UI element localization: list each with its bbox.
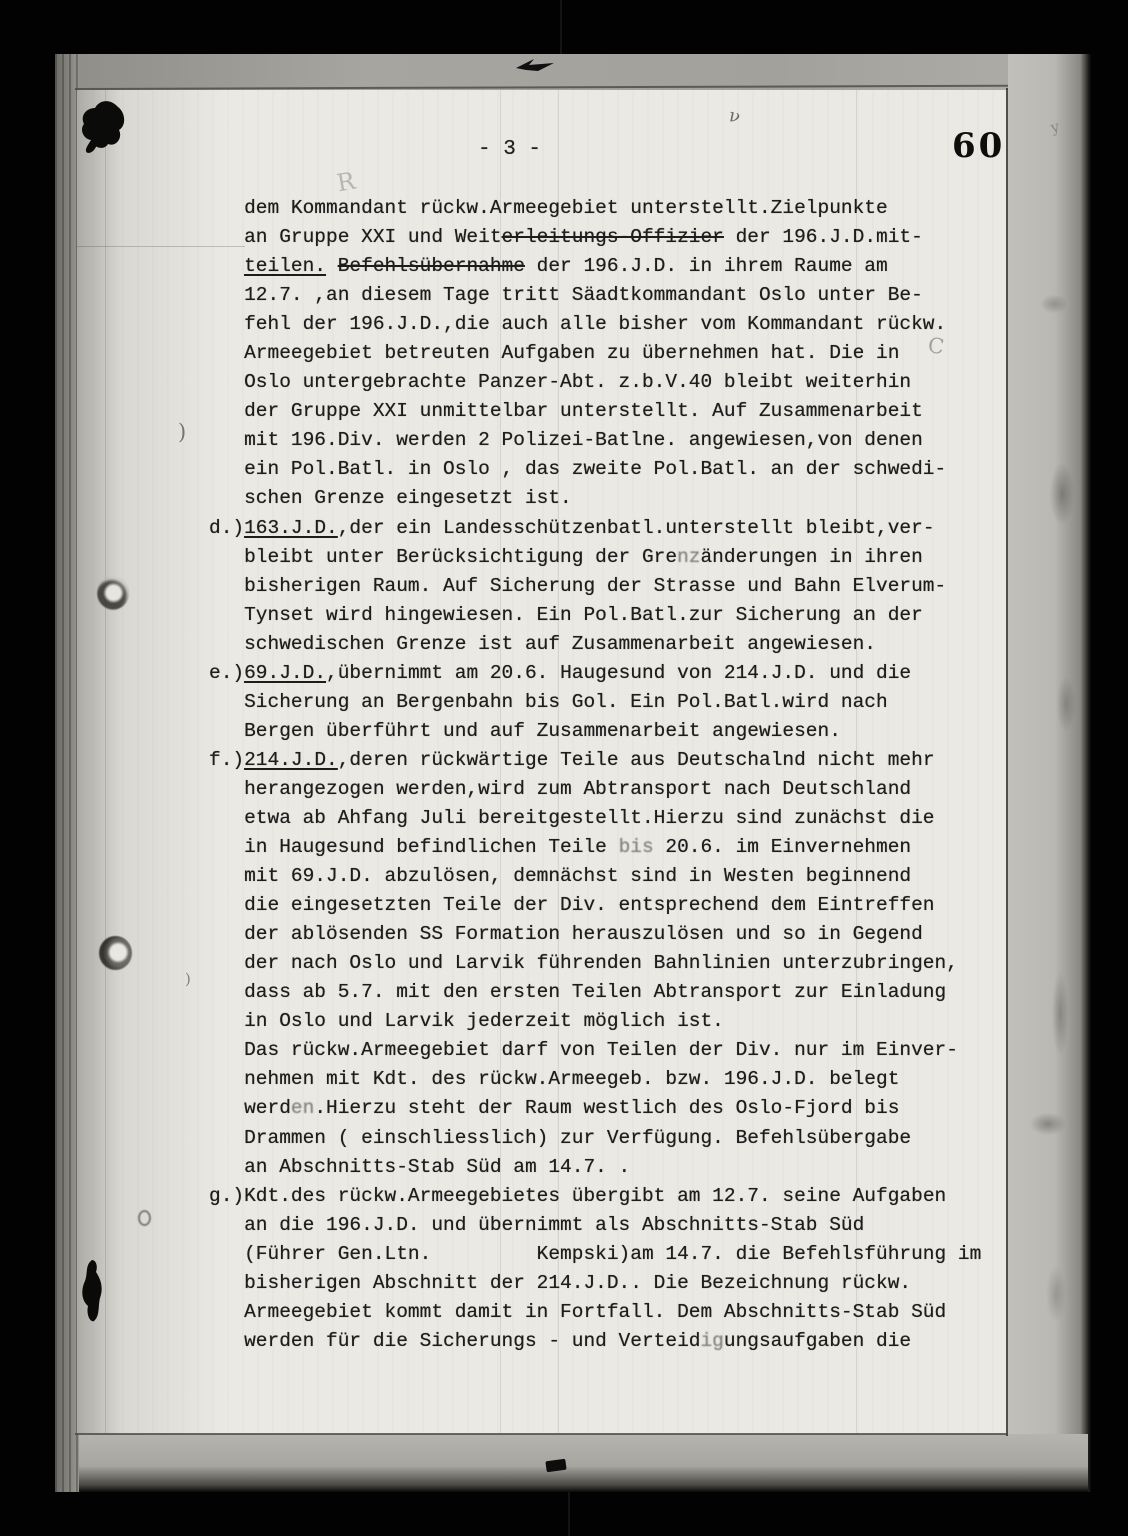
text-segment: Armeegebiet betreuten Aufgaben zu überne… <box>244 342 899 364</box>
text-line: schwedischen Grenze ist auf Zusammenarbe… <box>209 630 981 659</box>
text-line: Das rückw.Armeegebiet darf von Teilen de… <box>209 1036 981 1065</box>
text-segment: werd <box>244 1097 291 1119</box>
text-segment: an die 196.J.D. und übernimmt als Abschn… <box>244 1214 864 1236</box>
text-segment: schen Grenze eingesetzt ist. <box>244 487 572 509</box>
text-segment: bisherigen Abschnitt der 214.J.D.. Die B… <box>244 1272 911 1294</box>
text-line: (Führer Gen.Ltn. Kempski)am 14.7. die Be… <box>209 1240 981 1269</box>
text-line: dem Kommandant rückw.Armeegebiet unterst… <box>209 194 981 223</box>
text-segment: 163.J.D. <box>244 517 338 539</box>
text-line: Bergen überführt und auf Zusammenarbeit … <box>209 717 981 746</box>
page-bottom-edge <box>75 1433 1008 1435</box>
text-segment: Das rückw.Armeegebiet darf von Teilen de… <box>244 1039 958 1061</box>
text-segment: werden für die Sicherungs - und Verteid <box>244 1330 700 1352</box>
text-segment: etwa ab Ahfang Juli bereitgestellt.Hierz… <box>244 807 934 829</box>
text-line: der nach Oslo und Larvik führenden Bahnl… <box>209 949 981 978</box>
text-line: mit 69.J.D. abzulösen, demnächst sind in… <box>209 862 981 891</box>
text-segment: Armeegebiet kommt damit in Fortfall. Dem… <box>244 1301 946 1323</box>
backing-paper-bottom <box>55 1434 1088 1492</box>
text-line: teilen. Befehlsübernahme der 196.J.D. in… <box>209 252 981 281</box>
text-segment: ein Pol.Batl. in Oslo , das zweite Pol.B… <box>244 458 946 480</box>
folio-number: 60 <box>952 126 1005 166</box>
text-segment: herangezogen werden,wird zum Abtransport… <box>244 778 911 800</box>
text-segment: in Oslo und Larvik jederzeit möglich ist… <box>244 1010 724 1032</box>
text-line: an die 196.J.D. und übernimmt als Abschn… <box>209 1211 981 1240</box>
text-segment: en <box>291 1097 314 1119</box>
text-segment: der ablösenden SS Formation herauszulöse… <box>244 923 923 945</box>
text-segment: an Abschnitts-Stab Süd am 14.7. . <box>244 1156 630 1178</box>
text-line: Sicherung an Bergenbahn bis Gol. Ein Pol… <box>209 688 981 717</box>
text-line: nehmen mit Kdt. des rückw.Armeegeb. bzw.… <box>209 1065 981 1094</box>
text-segment: ,übernimmt am 20.6. Haugesund von 214.J.… <box>326 662 911 684</box>
paren-annotation: ) <box>185 972 191 987</box>
paren-annotation: ) <box>178 422 186 443</box>
text-segment: Sicherung an Bergenbahn bis Gol. Ein Pol… <box>244 691 888 713</box>
text-segment: der 196.J.D.mit- <box>724 226 923 248</box>
text-segment: bleibt unter Berücksichtigung der Gre <box>244 546 677 568</box>
text-segment: schwedischen Grenze ist auf Zusammenarbe… <box>244 633 876 655</box>
text-line: bleibt unter Berücksichtigung der Grenzä… <box>209 543 981 572</box>
text-segment: an Gruppe XXI und Weit <box>244 226 501 248</box>
text-line: an Gruppe XXI und Weiterleitungs-Offizie… <box>209 223 981 252</box>
punch-hole-icon <box>97 577 129 610</box>
text-segment: bisherigen Raum. Auf Sicherung der Stras… <box>244 575 946 597</box>
item-label: g.) <box>209 1185 244 1207</box>
text-segment: mit 69.J.D. abzulösen, demnächst sind in… <box>244 865 911 887</box>
text-segment: in Haugesund befindlichen Teile <box>244 836 618 858</box>
item-label: d.) <box>209 517 244 539</box>
text-segment: nz <box>677 546 700 568</box>
text-line: der Gruppe XXI unmittelbar unterstellt. … <box>209 397 981 426</box>
text-segment: ungsaufgaben die <box>724 1330 911 1352</box>
text-segment: 20.6. im Einvernehmen <box>654 836 911 858</box>
text-line: der ablösenden SS Formation herauszulöse… <box>209 920 981 949</box>
text-segment: nehmen mit Kdt. des rückw.Armeegeb. bzw.… <box>244 1068 899 1090</box>
text-segment: 69.J.D. <box>244 662 326 684</box>
text-segment: Kdt.des rückw.Armeegebietes übergibt am … <box>244 1185 946 1207</box>
text-line: werden.Hierzu steht der Raum westlich de… <box>209 1094 981 1123</box>
text-segment: Oslo untergebrachte Panzer-Abt. z.b.V.40… <box>244 371 911 393</box>
paper-speck <box>138 1210 151 1226</box>
text-line: an Abschnitts-Stab Süd am 14.7. . <box>209 1153 981 1182</box>
text-block: dem Kommandant rückw.Armeegebiet unterst… <box>209 194 981 1356</box>
page-right-edge <box>1006 88 1008 1436</box>
text-segment <box>326 255 338 277</box>
text-line: d.)163.J.D.,der ein Landesschützenbatl.u… <box>209 514 981 543</box>
text-segment: teilen. <box>244 255 326 277</box>
text-line: 12.7. ,an diesem Tage tritt Säadtkommand… <box>209 281 981 310</box>
text-line: bisherigen Raum. Auf Sicherung der Stras… <box>209 572 981 601</box>
text-segment: Tynset wird hingewiesen. Ein Pol.Batl.zu… <box>244 604 923 626</box>
text-segment: ig <box>700 1330 723 1352</box>
text-segment: bis <box>619 836 654 858</box>
text-segment: .Hierzu steht der Raum westlich des Oslo… <box>314 1097 899 1119</box>
ink-blot-top <box>78 95 132 155</box>
text-segment: erleitungs-Offizier <box>502 226 724 248</box>
film-scratch <box>560 0 562 55</box>
text-line: dass ab 5.7. mit den ersten Teilen Abtra… <box>209 978 981 1007</box>
text-segment: änderungen in ihren <box>700 546 922 568</box>
text-line: in Oslo und Larvik jederzeit möglich ist… <box>209 1007 981 1036</box>
text-line: herangezogen werden,wird zum Abtransport… <box>209 775 981 804</box>
text-segment: der 196.J.D. in ihrem Raume am <box>525 255 888 277</box>
text-line: e.)69.J.D.,übernimmt am 20.6. Haugesund … <box>209 659 981 688</box>
item-label: f.) <box>209 749 244 771</box>
text-segment: fehl der 196.J.D.,die auch alle bisher v… <box>244 313 946 335</box>
text-line: Tynset wird hingewiesen. Ein Pol.Batl.zu… <box>209 601 981 630</box>
backing-paper-left <box>55 54 79 1492</box>
text-line: die eingesetzten Teile der Div. entsprec… <box>209 891 981 920</box>
text-line: Armeegebiet kommt damit in Fortfall. Dem… <box>209 1298 981 1327</box>
text-segment: der Gruppe XXI unmittelbar unterstellt. … <box>244 400 923 422</box>
text-segment: der nach Oslo und Larvik führenden Bahnl… <box>244 952 958 974</box>
text-line: etwa ab Ahfang Juli bereitgestellt.Hierz… <box>209 804 981 833</box>
text-segment: 12.7. ,an diesem Tage tritt Säadtkommand… <box>244 284 923 306</box>
page-number: - 3 - <box>478 138 541 161</box>
fold-line <box>105 90 106 1434</box>
text-segment: ,deren rückwärtige Teile aus Deutschalnd… <box>338 749 935 771</box>
text-segment: mit 196.Div. werden 2 Polizei-Batlne. an… <box>244 429 923 451</box>
text-line: Armeegebiet betreuten Aufgaben zu überne… <box>209 339 981 368</box>
text-segment: Drammen ( einschliesslich) zur Verfügung… <box>244 1127 911 1149</box>
text-segment: die eingesetzten Teile der Div. entsprec… <box>244 894 934 916</box>
scanned-document-frame: - 3 - 60 dem Kommandant rückw.Armeegebie… <box>0 0 1128 1536</box>
text-line: fehl der 196.J.D.,die auch alle bisher v… <box>209 310 981 339</box>
text-line: ein Pol.Batl. in Oslo , das zweite Pol.B… <box>209 455 981 484</box>
text-segment: Bergen überführt und auf Zusammenarbeit … <box>244 720 841 742</box>
pencil-r-annotation: R <box>335 169 357 196</box>
text-line: Oslo untergebrachte Panzer-Abt. z.b.V.40… <box>209 368 981 397</box>
c-annotation: C <box>927 335 946 358</box>
text-segment: dass ab 5.7. mit den ersten Teilen Abtra… <box>244 981 946 1003</box>
text-segment: 214.J.D. <box>244 749 338 771</box>
text-line: in Haugesund befindlichen Teile bis 20.6… <box>209 833 981 862</box>
text-line: Drammen ( einschliesslich) zur Verfügung… <box>209 1124 981 1153</box>
text-line: mit 196.Div. werden 2 Polizei-Batlne. an… <box>209 426 981 455</box>
film-scratch <box>568 1492 570 1536</box>
backing-paper-right <box>1008 54 1092 1492</box>
text-line: schen Grenze eingesetzt ist. <box>209 484 981 513</box>
ink-blot-left <box>79 1258 104 1324</box>
text-segment: ,der ein Landesschützenbatl.unterstellt … <box>338 517 935 539</box>
text-line: werden für die Sicherungs - und Verteidi… <box>209 1327 981 1356</box>
text-line: bisherigen Abschnitt der 214.J.D.. Die B… <box>209 1269 981 1298</box>
punch-hole-icon <box>99 936 132 970</box>
text-segment: (Führer Gen.Ltn. Kempski)am 14.7. die Be… <box>244 1243 981 1265</box>
item-label: e.) <box>209 662 244 684</box>
text-line: f.)214.J.D.,deren rückwärtige Teile aus … <box>209 746 981 775</box>
text-segment: dem Kommandant rückw.Armeegebiet unterst… <box>244 197 888 219</box>
text-line: g.)Kdt.des rückw.Armeegebietes übergibt … <box>209 1182 981 1211</box>
text-segment: Befehlsübernahme <box>338 255 525 277</box>
arrow-mark <box>514 55 558 75</box>
